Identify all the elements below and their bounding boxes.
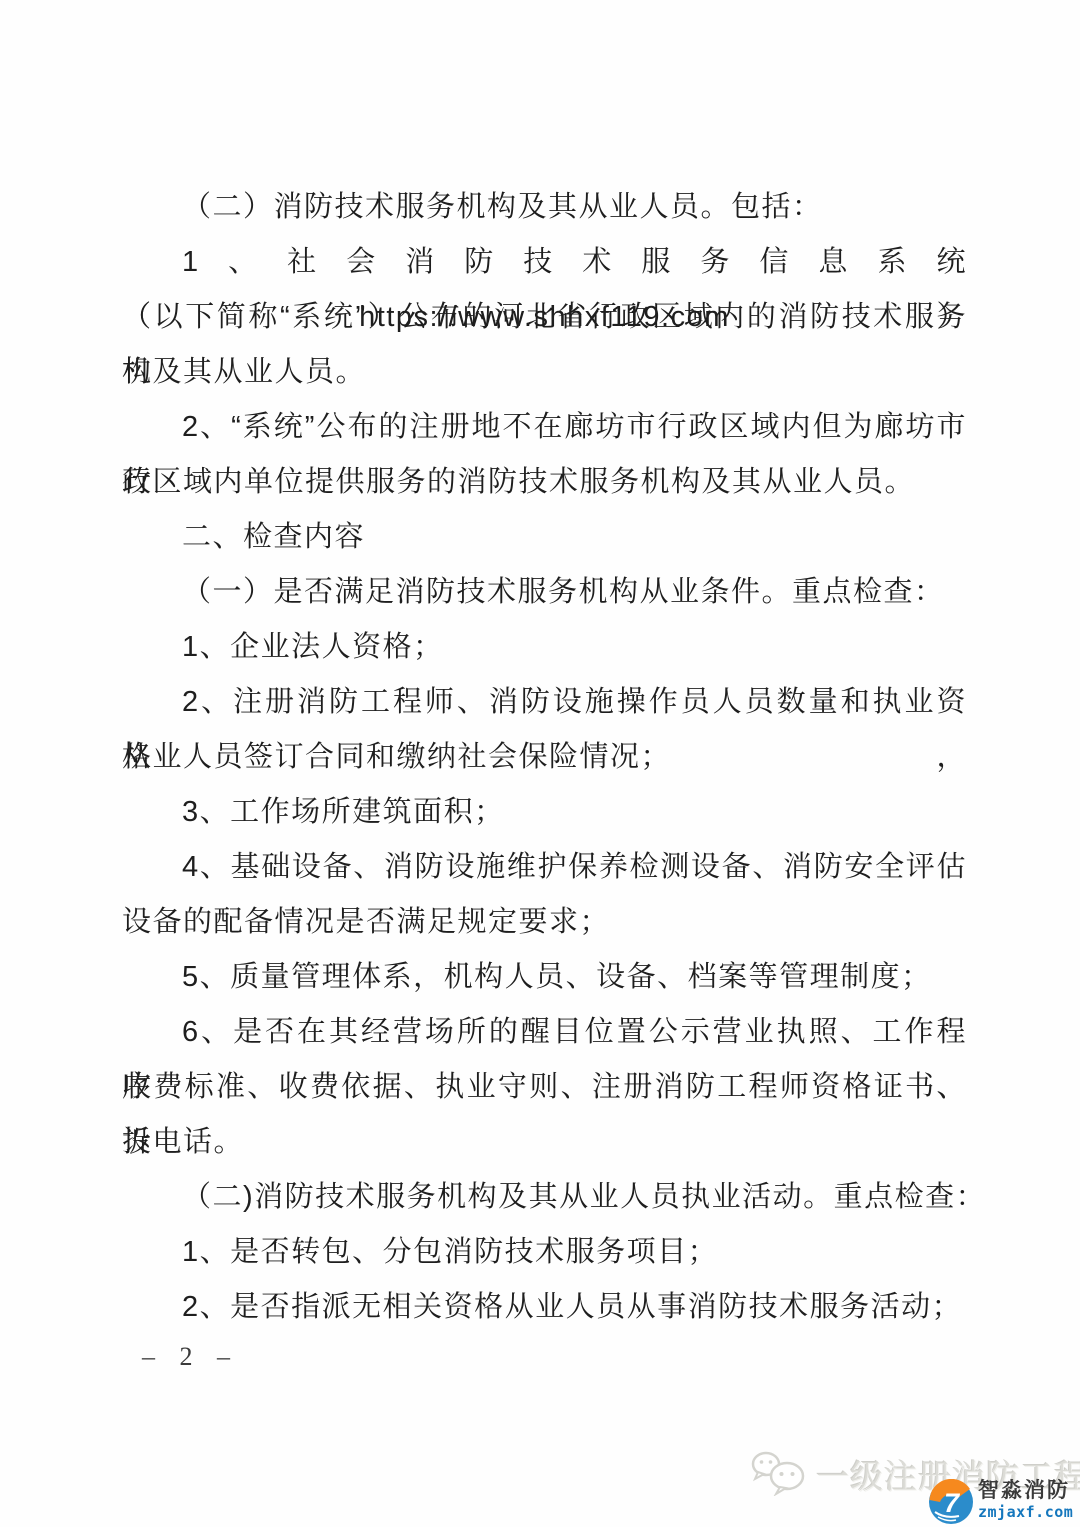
document-line: 1、企业法人资格； xyxy=(122,620,967,675)
zhimiao-badge-icon: 7 xyxy=(928,1479,974,1527)
document-line: （二）消防技术服务机构及其从业人员。包括： xyxy=(122,180,967,235)
document-line: 政区域内单位提供服务的消防技术服务机构及其从业人员。 xyxy=(122,455,967,510)
document-page: （二）消防技术服务机构及其从业人员。包括：1、社会消防技术服务信息系统（http… xyxy=(0,0,1080,1527)
document-line: 3、工作场所建筑面积； xyxy=(122,785,967,840)
document-line: 2、“系统”公布的注册地不在廊坊市行政区域内但为廊坊市行 xyxy=(122,400,967,455)
brand-domain: zmjaxf.com xyxy=(978,1503,1073,1521)
document-line: （二)消防技术服务机构及其从业人员执业活动。重点检查： xyxy=(122,1170,967,1225)
brand-name: 智淼消防 xyxy=(978,1479,1073,1503)
document-line: 1、是否转包、分包消防技术服务项目； xyxy=(122,1225,967,1280)
document-line: 1、社会消防技术服务信息系统（https://www.shhxf119.com） xyxy=(122,235,967,290)
document-text-block: （二）消防技术服务机构及其从业人员。包括：1、社会消防技术服务信息系统（http… xyxy=(122,180,967,1335)
document-line: 2、注册消防工程师、消防设施操作员人员数量和执业资格， xyxy=(122,675,967,730)
document-line: 设备的配备情况是否满足规定要求； xyxy=(122,895,967,950)
document-line: （以下简称“系统”）公布的河北省行政区域内的消防技术服务机 xyxy=(122,290,967,345)
document-line: 收费标准、收费依据、执业守则、注册消防工程师资格证书、投 xyxy=(122,1060,967,1115)
wechat-icon xyxy=(750,1448,810,1501)
page-number: – 2 – xyxy=(142,1342,232,1372)
document-line: 5、质量管理体系，机构人员、设备、档案等管理制度； xyxy=(122,950,967,1005)
document-line: 诉电话。 xyxy=(122,1115,967,1170)
document-line: 2、是否指派无相关资格从业人员从事消防技术服务活动； xyxy=(122,1280,967,1335)
document-line: 6、是否在其经营场所的醒目位置公示营业执照、工作程序、 xyxy=(122,1005,967,1060)
document-line: 二、检查内容 xyxy=(122,510,967,565)
document-line: 4、基础设备、消防设施维护保养检测设备、消防安全评估 xyxy=(122,840,967,895)
document-line: 构及其从业人员。 xyxy=(122,345,967,400)
brand-logo: 7 智淼消防 zmjaxf.com xyxy=(928,1479,1073,1527)
document-line: （一）是否满足消防技术服务机构从业条件。重点检查： xyxy=(122,565,967,620)
